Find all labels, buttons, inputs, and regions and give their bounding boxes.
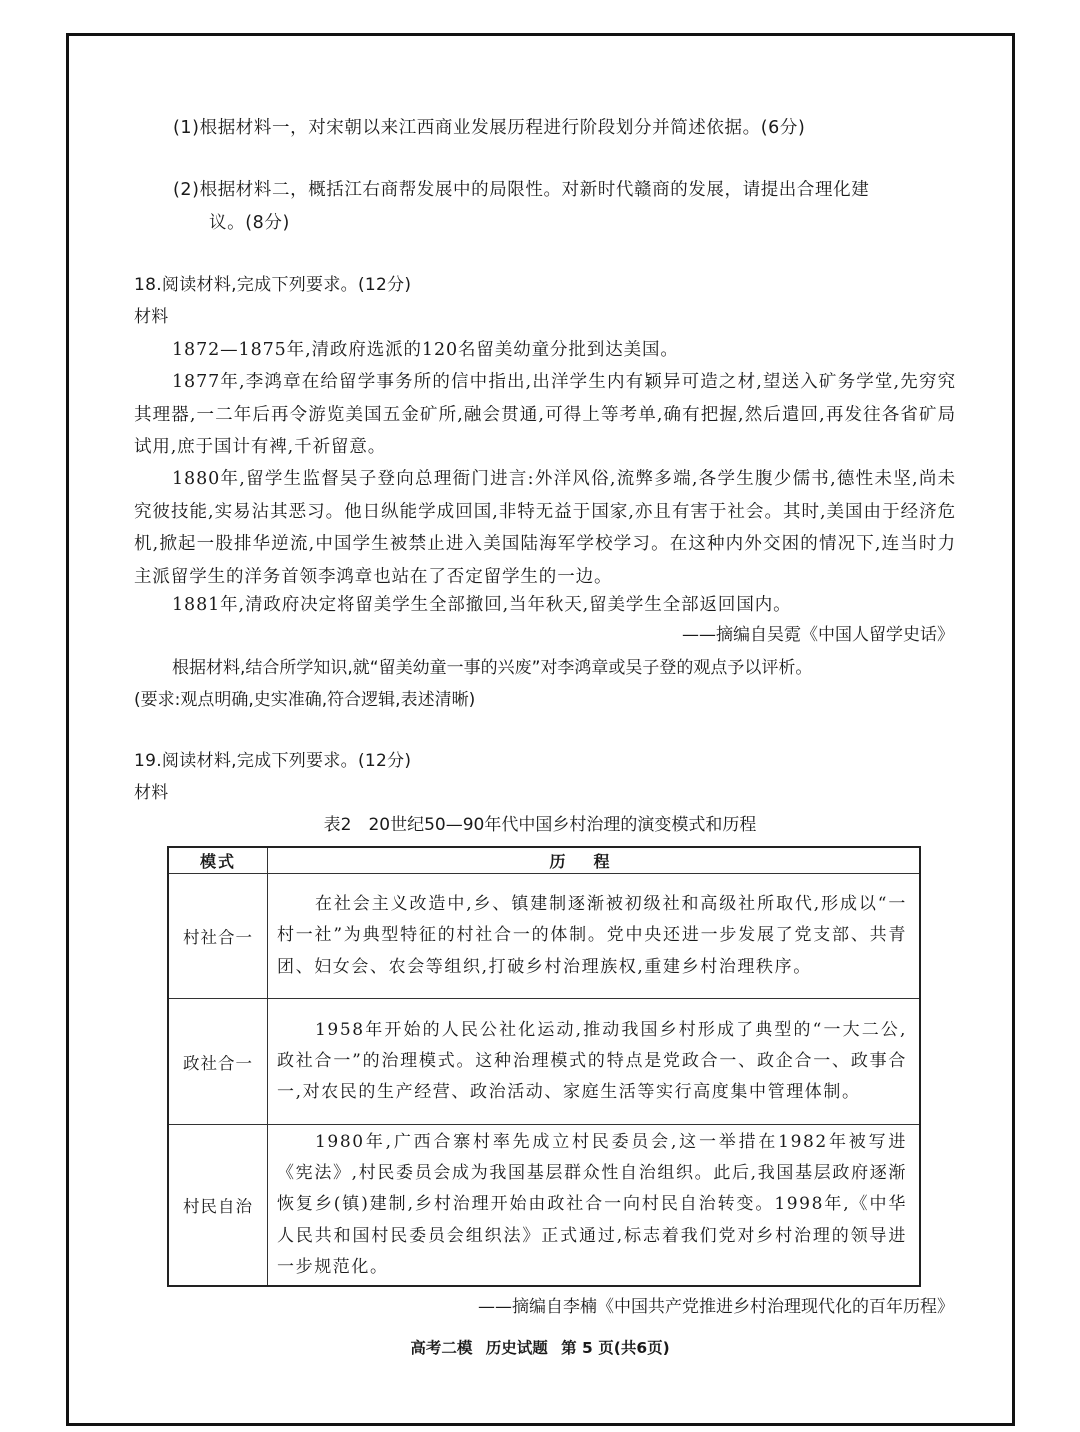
table-caption: 表2 20世纪50—90年代中国乡村治理的演变模式和历程	[0, 811, 1080, 839]
footer-exam: 高考二模	[410, 1339, 472, 1357]
mode-cell: 村社合一	[168, 874, 268, 999]
q19-citation: ——摘编自李楠《中国共产党推进乡村治理现代化的百年历程》	[478, 1292, 954, 1322]
subquestion-text: 根据材料一，对宋朝以来江西商业发展历程进行阶段划分并简述依据。(6分)	[200, 118, 806, 138]
q18-heading: 18.阅读材料,完成下列要求。(12分)	[134, 270, 411, 300]
subquestion-text: 根据材料二，概括江右商帮发展中的局限性。对新时代赣商的发展，请提出合理化建	[200, 180, 870, 200]
table-row: 村民自治 1980年,广西合寨村率先成立村民委员会,这一举措在1982年被写进《…	[168, 1125, 920, 1287]
table-row: 政社合一 1958年开始的人民公社化运动,推动我国乡村形成了典型的“一大二公,政…	[168, 999, 920, 1125]
q19-material-label: 材料	[134, 778, 169, 808]
q18-paragraph: 1880年,留学生监督吴子登向总理衙门进言:外洋风俗,流弊多端,各学生腹少儒书,…	[134, 463, 956, 593]
footer-page-number: 第 5 页(共6页)	[561, 1339, 670, 1357]
q17-subquestion-2-continued: 议。(8分)	[209, 208, 290, 238]
q18-requirement: (要求:观点明确,史实准确,符合逻辑,表述清晰)	[134, 684, 956, 716]
rural-governance-table: 模式 历程 村社合一 在社会主义改造中,乡、镇建制逐渐被初级社和高级社所取代,形…	[167, 846, 921, 1287]
q17-subquestion-2: (2)根据材料二，概括江右商帮发展中的局限性。对新时代赣商的发展，请提出合理化建	[173, 175, 869, 205]
q18-citation: ——摘编自吴霓《中国人留学史话》	[682, 620, 954, 650]
table-row: 村社合一 在社会主义改造中,乡、镇建制逐渐被初级社和高级社所取代,形成以“一村一…	[168, 874, 920, 999]
process-cell: 在社会主义改造中,乡、镇建制逐渐被初级社和高级社所取代,形成以“一村一社”为典型…	[268, 874, 921, 999]
table-header-row: 模式 历程	[168, 847, 920, 874]
mode-cell: 村民自治	[168, 1125, 268, 1287]
q17-subquestion-1: (1)根据材料一，对宋朝以来江西商业发展历程进行阶段划分并简述依据。(6分)	[173, 113, 805, 143]
q18-task-text: 根据材料,结合所学知识,就“留美幼童一事的兴废”对李鸿章或吴子登的观点予以评析。	[172, 658, 812, 678]
column-header-process: 历程	[268, 847, 921, 874]
process-cell: 1980年,广西合寨村率先成立村民委员会,这一举措在1982年被写进《宪法》,村…	[268, 1125, 921, 1287]
footer-subject: 历史试题	[486, 1339, 548, 1357]
mode-cell: 政社合一	[168, 999, 268, 1125]
q18-material-label: 材料	[134, 302, 169, 332]
q18-paragraph: 1877年,李鸿章在给留学事务所的信中指出,出洋学生内有颖异可造之材,望送入矿务…	[134, 366, 956, 464]
process-cell: 1958年开始的人民公社化运动,推动我国乡村形成了典型的“一大二公,政社合一”的…	[268, 999, 921, 1125]
column-header-mode: 模式	[168, 847, 268, 874]
q18-task: 根据材料,结合所学知识,就“留美幼童一事的兴废”对李鸿章或吴子登的观点予以评析。…	[134, 652, 956, 716]
subquestion-label: (2)	[173, 180, 200, 200]
q18-paragraph: 1872—1875年,清政府选派的120名留美幼童分批到达美国。	[134, 334, 956, 367]
q18-paragraph: 1881年,清政府决定将留美学生全部撤回,当年秋天,留美学生全部返回国内。	[134, 589, 956, 622]
q19-heading: 19.阅读材料,完成下列要求。(12分)	[134, 746, 411, 776]
subquestion-label: (1)	[173, 118, 200, 138]
page-footer: 高考二模 历史试题 第 5 页(共6页)	[0, 1336, 1080, 1360]
